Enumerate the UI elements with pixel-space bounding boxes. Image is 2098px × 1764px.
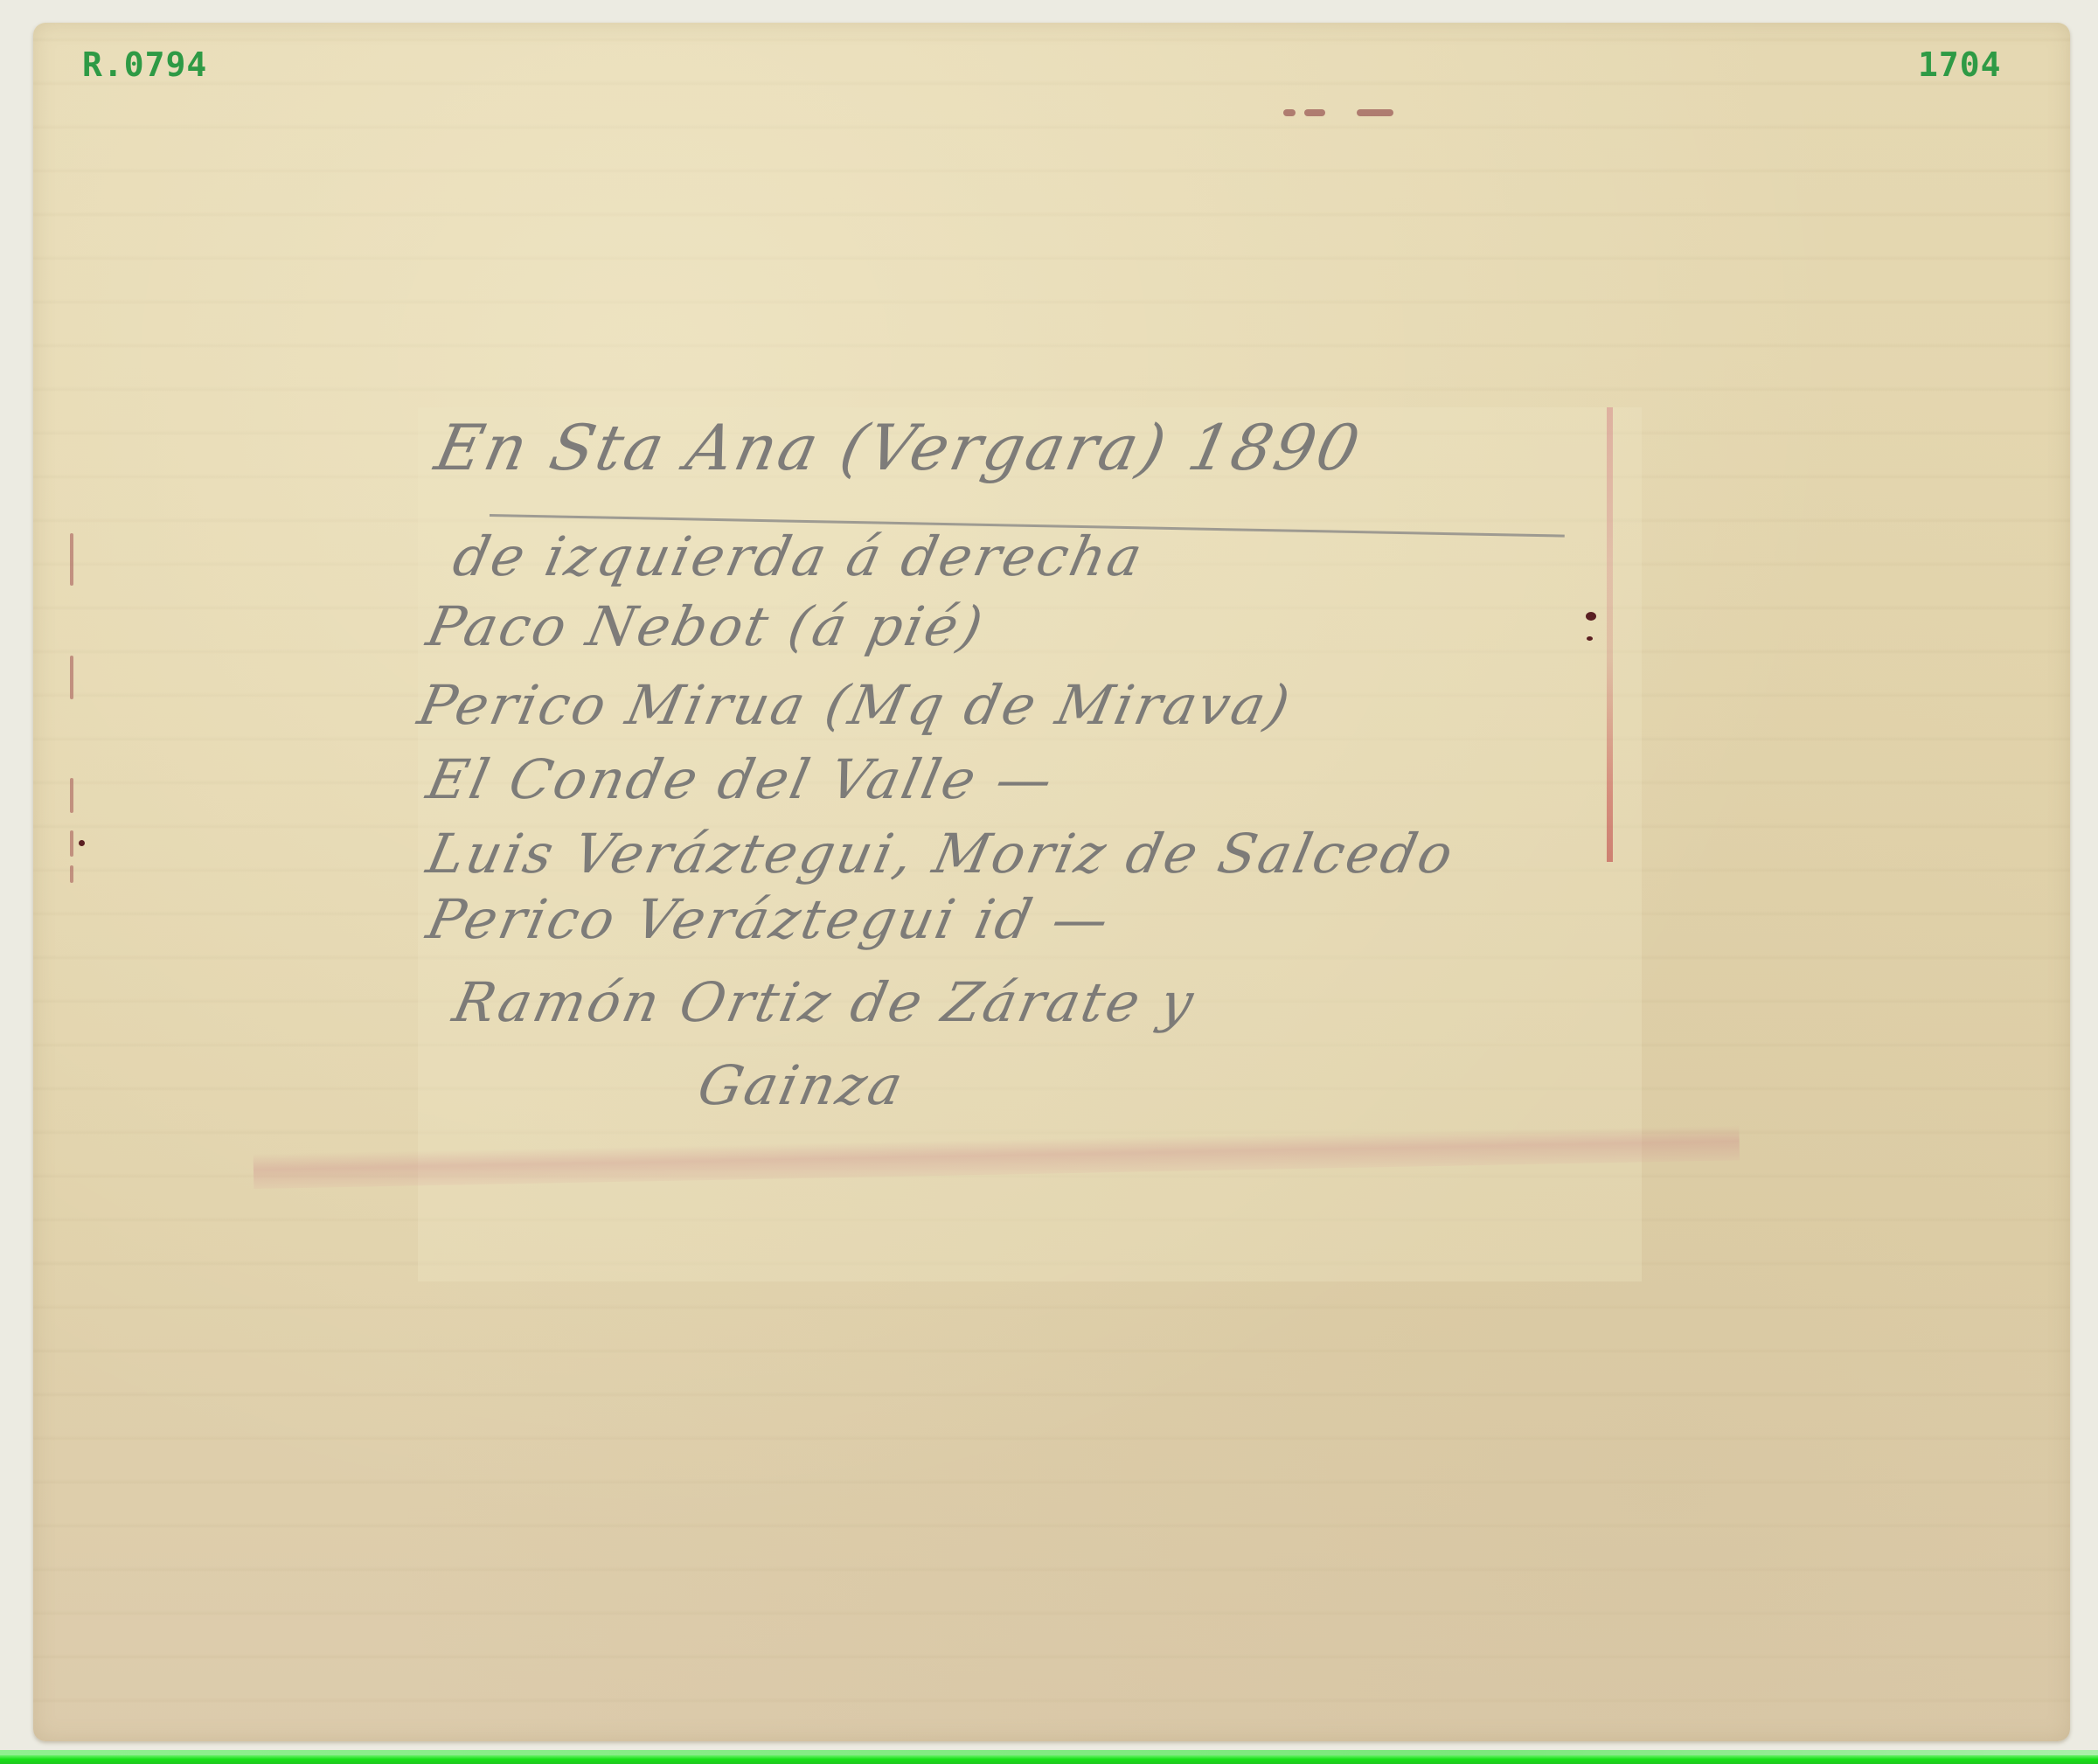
catalog-number-left: R.0794	[82, 45, 207, 84]
annotation-line: Perico Mirua (Mq de Mirava)	[413, 673, 1297, 737]
red-ink-marks-top	[1283, 109, 1397, 120]
annotation-line: Gainza	[692, 1053, 910, 1117]
annotation-line: Perico Veráztegui id —	[421, 887, 1116, 951]
annotation-line: de izquierda á derecha	[448, 524, 1150, 588]
ink-spot	[1587, 636, 1593, 641]
annotation-heading: En Sta Ana (Vergara) 1890	[429, 411, 1368, 484]
left-margin-red-marks	[70, 524, 80, 892]
ink-spot	[79, 840, 85, 846]
annotation-line: Luis Veráztegui, Moriz de Salcedo	[421, 822, 1461, 885]
catalog-number-right: 1704	[1918, 45, 2002, 84]
annotation-line: Ramón Ortiz de Zárate y	[448, 970, 1201, 1034]
annotation-line: El Conde del Valle —	[421, 747, 1060, 811]
bottom-green-bar	[0, 1755, 2098, 1764]
annotation-line: Paco Nebot (á pié)	[421, 594, 990, 658]
ink-spot	[1586, 612, 1596, 621]
red-crop-line-vertical	[1607, 407, 1613, 862]
